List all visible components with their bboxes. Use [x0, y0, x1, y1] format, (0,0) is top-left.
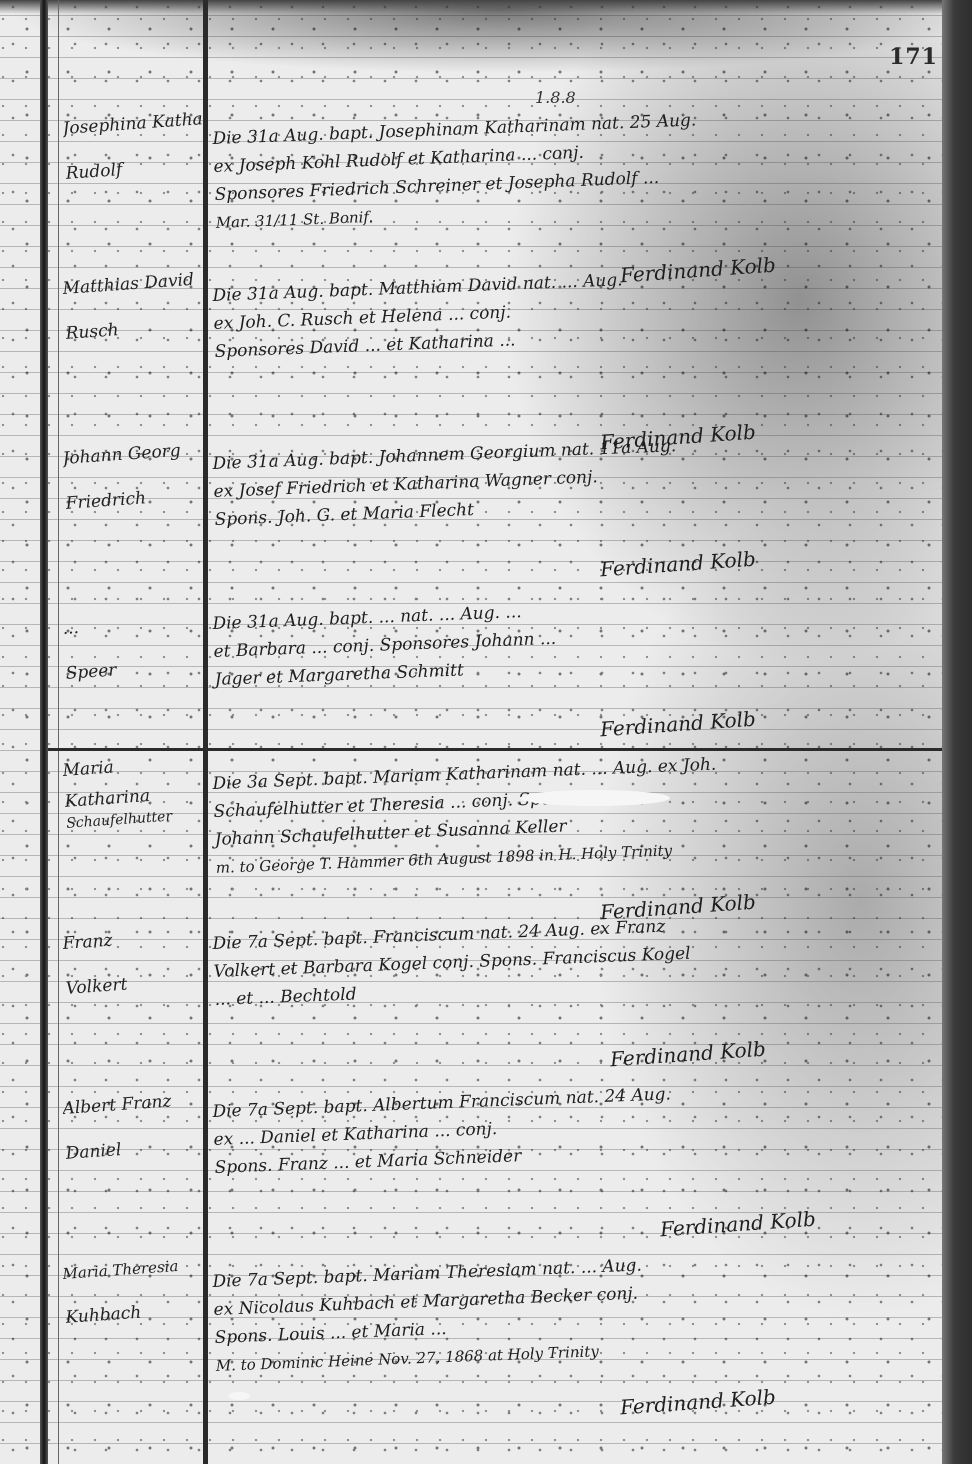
entry-names: Matthias David Rusch — [62, 270, 208, 369]
family-name: Volkert — [65, 970, 206, 998]
name-column-rule — [203, 0, 208, 1464]
entry-record: Die 31a Aug. bapt. ... nat. ... Aug. ...… — [212, 583, 915, 694]
given-name: Johann Georg — [62, 440, 203, 468]
entry-record: Die 31a Aug. bapt. Johannem Georgium nat… — [212, 423, 915, 534]
given-name: Matthias David — [62, 270, 203, 298]
entry-names: Johann Georg Friedrich — [62, 440, 208, 539]
entry-record: Die 3a Sept. bapt. Mariam Katharinam nat… — [212, 743, 916, 882]
officiant-signature: Ferdinand Kolb — [609, 1037, 766, 1072]
entry-record: Die 31a Aug. bapt. Josephinam Katharinam… — [212, 98, 916, 237]
family-name: Rudolf — [65, 155, 206, 183]
correction-blot — [228, 1392, 250, 1400]
officiant-signature: Ferdinand Kolb — [619, 1385, 776, 1420]
family-name: Friedrich — [65, 485, 206, 513]
given-name: ... — [62, 610, 203, 638]
superscript-note: 1.8.8 — [535, 88, 576, 107]
page-number: 171 — [889, 44, 938, 70]
officiant-signature: Ferdinand Kolb — [659, 1207, 816, 1242]
outer-margin-rule — [40, 0, 48, 1464]
given-name: Maria — [62, 752, 203, 780]
entry-names: Franz Volkert — [62, 925, 208, 1024]
top-edge-shadow — [0, 0, 972, 14]
given-name: Franz — [62, 925, 203, 953]
correction-blot — [520, 790, 670, 806]
inner-margin-rule — [58, 0, 59, 1464]
middle-name: Katharina — [64, 783, 205, 811]
right-edge-shadow — [942, 0, 972, 1464]
entry-names: Josephina Katharina Rudolf — [62, 110, 208, 209]
given-name: Josephina Katharina — [62, 110, 203, 138]
entry-record: Die 7a Sept. bapt. Franciscum nat. 24 Au… — [212, 903, 915, 1014]
register-page: 171 1.8.8 Josephina Katharina Rudolf Die… — [0, 0, 972, 1464]
officiant-signature: Ferdinand Kolb — [599, 547, 756, 582]
given-name: Albert Franz — [62, 1090, 203, 1118]
family-name: Schaufelhutter — [66, 807, 207, 832]
entry-record: Die 7a Sept. bapt. Albertum Franciscum n… — [212, 1071, 915, 1182]
entry-names: ... Speer — [62, 610, 208, 709]
family-name: Daniel — [65, 1135, 206, 1163]
given-name: Maria Theresia — [62, 1256, 203, 1282]
entry-names: Albert Franz Daniel — [62, 1090, 208, 1189]
family-name: Rusch — [65, 315, 206, 343]
officiant-signature: Ferdinand Kolb — [599, 707, 756, 742]
entry-names: Maria Theresia Kuhbach — [62, 1256, 208, 1353]
entry-names: Maria Katharina Schaufelhutter — [62, 752, 208, 858]
family-name: Speer — [65, 655, 206, 683]
entry-record: Die 7a Sept. bapt. Mariam Theresiam nat.… — [212, 1241, 916, 1380]
entry-record: Die 31a Aug. bapt. Matthiam David nat. .… — [212, 255, 915, 366]
family-name: Kuhbach — [65, 1299, 206, 1327]
